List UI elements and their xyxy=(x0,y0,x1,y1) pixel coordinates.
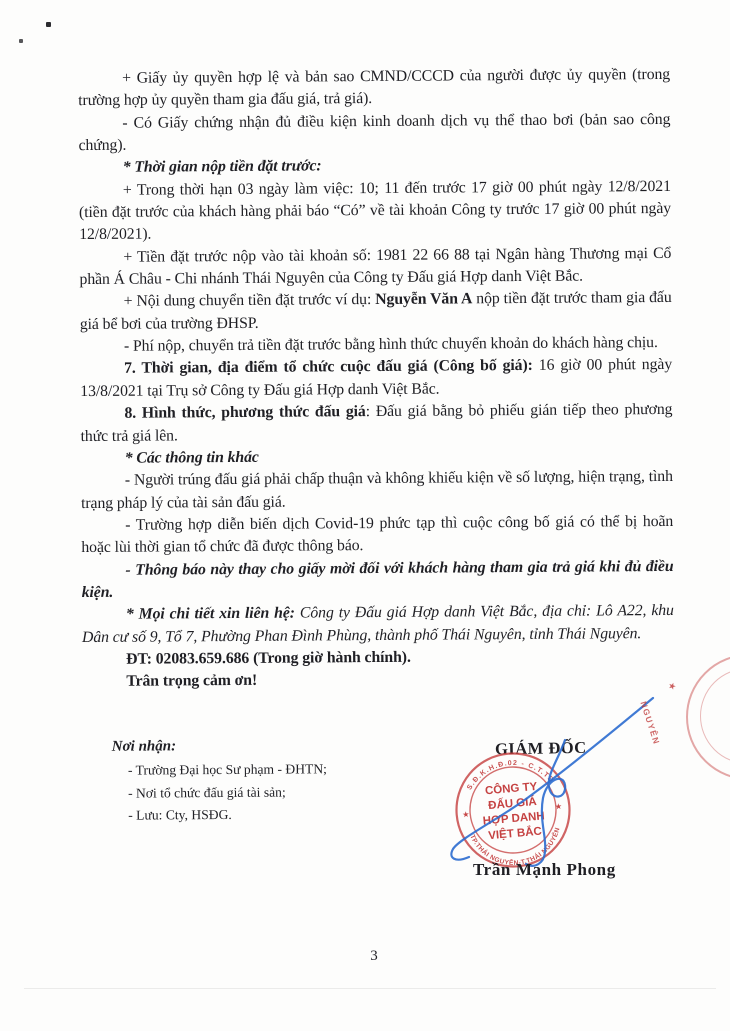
text-run: + Giấy ủy quyền hợp lệ và bản sao CMND/C… xyxy=(78,66,670,109)
text-run: - Người trúng đấu giá phải chấp thuận và… xyxy=(81,468,673,511)
recipient-item: - Nơi tổ chức đấu giá tài sản; xyxy=(112,781,327,805)
paragraph: - Có Giấy chứng nhận đủ điều kiện kinh d… xyxy=(78,109,670,158)
scan-speck xyxy=(19,39,23,43)
text-run: * Thời gian nộp tiền đặt trước: xyxy=(123,158,322,176)
text-run: - Trường hợp diễn biến dịch Covid-19 phứ… xyxy=(81,513,673,556)
scan-speck xyxy=(46,22,51,27)
paragraph-heading: 8. Hình thức, phương thức đấu giá: Đấu g… xyxy=(80,399,672,448)
paragraph: + Giấy ủy quyền hợp lệ và bản sao CMND/C… xyxy=(78,64,670,113)
text-run: Nguyễn Văn A xyxy=(375,291,472,309)
text-run: * Mọi chi tiết xin liên hệ: xyxy=(126,605,300,623)
text-run: - Phí nộp, chuyển trả tiền đặt trước bằn… xyxy=(124,334,658,355)
paragraph-heading: 7. Thời gian, địa điểm tổ chức cuộc đấu … xyxy=(80,354,672,403)
text-run: 8. Hình thức, phương thức đấu giá xyxy=(124,403,365,422)
page-number: 3 xyxy=(0,948,730,965)
text-run: - Có Giấy chứng nhận đủ điều kiện kinh d… xyxy=(78,111,670,154)
recipient-item: - Lưu: Cty, HSĐG. xyxy=(112,803,327,827)
text-run: * Các thông tin khác xyxy=(125,449,259,467)
text-run: 7. Thời gian, địa điểm tổ chức cuộc đấu … xyxy=(124,357,539,377)
document-body: + Giấy ủy quyền hợp lệ và bản sao CMND/C… xyxy=(78,64,674,694)
paragraph: + Tiền đặt trước nộp vào tài khoản số: 1… xyxy=(79,243,671,292)
paragraph: + Trong thời hạn 03 ngày làm việc: 10; 1… xyxy=(79,176,671,247)
text-run: Trân trọng cảm ơn! xyxy=(126,672,257,690)
paragraph: - Trường hợp diễn biến dịch Covid-19 phứ… xyxy=(81,511,673,560)
paragraph: - Người trúng đấu giá phải chấp thuận và… xyxy=(81,466,673,515)
document-page: + Giấy ủy quyền hợp lệ và bản sao CMND/C… xyxy=(0,0,730,1031)
signature-stroke-main xyxy=(451,698,653,860)
signature-stroke-loop xyxy=(526,740,565,866)
paragraph: * Mọi chi tiết xin liên hệ: Công ty Đấu … xyxy=(82,600,674,649)
text-run: + Trong thời hạn 03 ngày làm việc: 10; 1… xyxy=(79,178,671,244)
text-run: + Tiền đặt trước nộp vào tài khoản số: 1… xyxy=(79,245,671,288)
recipients-label: Nơi nhận: xyxy=(112,737,327,756)
scan-artifact-line xyxy=(24,988,716,989)
text-run: + Nội dung chuyển tiền đặt trước ví dụ: xyxy=(124,291,376,310)
text-run: ĐT: 02083.659.686 (Trong giờ hành chính)… xyxy=(126,649,411,668)
signer-name: Trần Mạnh Phong xyxy=(473,860,653,880)
recipient-item: - Trường Đại học Sư phạm - ĐHTN; xyxy=(112,758,327,782)
recipients-block: Nơi nhận: - Trường Đại học Sư phạm - ĐHT… xyxy=(112,737,328,827)
paragraph: + Nội dung chuyển tiền đặt trước ví dụ: … xyxy=(80,287,672,336)
text-run: - Thông báo này thay cho giấy mời đối vớ… xyxy=(82,557,674,600)
paragraph: - Thông báo này thay cho giấy mời đối vớ… xyxy=(81,555,673,604)
